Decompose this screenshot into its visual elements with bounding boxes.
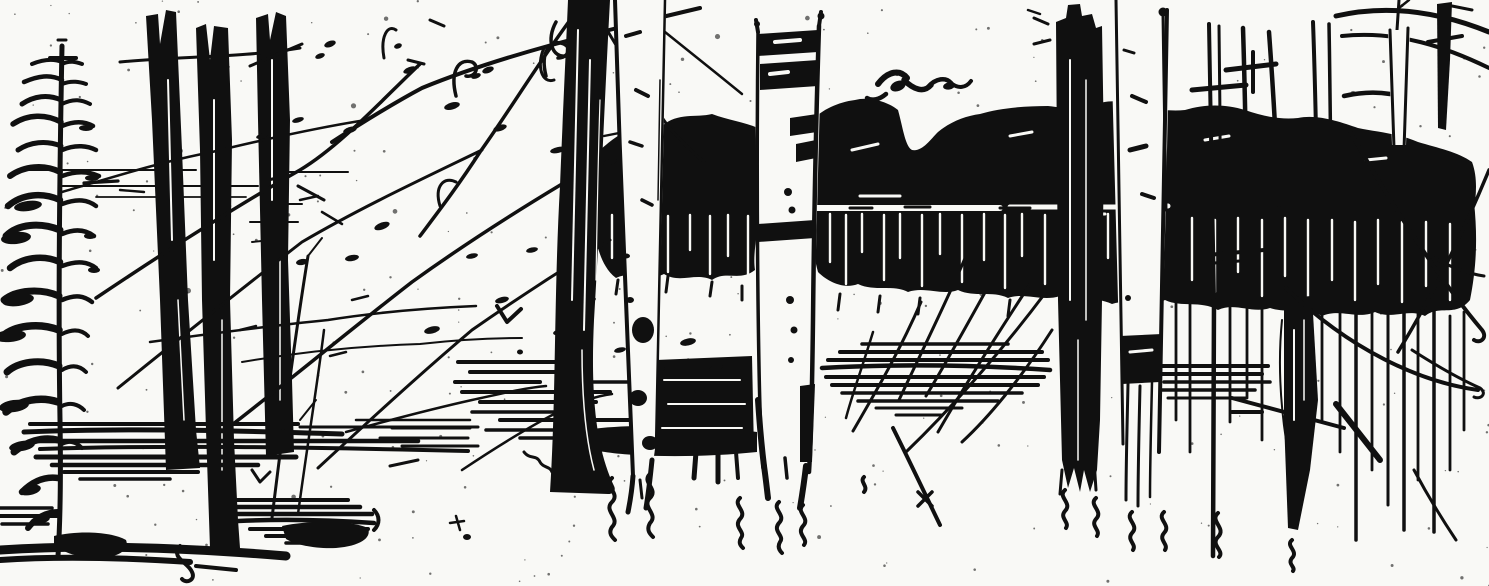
speckle-dot bbox=[715, 34, 720, 39]
speckle-dot bbox=[464, 486, 467, 489]
speckle-dot bbox=[724, 479, 726, 481]
speckle-dot bbox=[805, 16, 810, 21]
speckle-dot bbox=[729, 334, 731, 336]
cluster-tufts-stroke bbox=[1060, 470, 1062, 494]
speckle-dot bbox=[1264, 59, 1265, 60]
speckle-dot bbox=[1317, 523, 1318, 524]
speckle-dot bbox=[304, 175, 306, 177]
speckle-dot bbox=[69, 13, 70, 14]
spruce-needle-clumps-stroke bbox=[84, 233, 96, 239]
speckle-dot bbox=[233, 233, 235, 235]
speckle-dot bbox=[998, 444, 1001, 447]
white-birch-blotches-stroke bbox=[632, 317, 654, 343]
speckle-dot bbox=[163, 484, 165, 486]
white-birch-blotches-stroke bbox=[517, 350, 523, 355]
speckle-dot bbox=[393, 209, 398, 214]
speckle-dot bbox=[126, 495, 129, 498]
ladder-birch-rungs-stroke bbox=[758, 30, 818, 56]
speckle-dot bbox=[853, 294, 855, 296]
speckle-dot bbox=[330, 486, 332, 488]
speckle-dot bbox=[240, 80, 242, 82]
speckle-dot bbox=[458, 309, 460, 311]
speckle-dot bbox=[1035, 80, 1037, 82]
speckle-dot bbox=[617, 455, 619, 457]
speckle-dot bbox=[1486, 547, 1487, 548]
speckle-dot bbox=[1106, 580, 1109, 583]
speckle-dot bbox=[1201, 523, 1202, 524]
speckle-dot bbox=[1022, 401, 1025, 404]
speckle-dot bbox=[1486, 431, 1488, 433]
speckle-dot bbox=[547, 573, 550, 576]
speckle-dot bbox=[113, 484, 116, 487]
speckle-dot bbox=[1428, 527, 1431, 530]
speckle-dot bbox=[67, 162, 69, 164]
speckle-dot bbox=[466, 212, 468, 214]
speckle-dot bbox=[448, 231, 449, 232]
speckle-dot bbox=[449, 393, 451, 395]
speckle-dot bbox=[561, 555, 563, 557]
speckle-dot bbox=[957, 92, 960, 95]
fringe-drip-tips-stroke bbox=[878, 296, 880, 312]
speckle-dot bbox=[837, 318, 838, 319]
spruce-branches-stroke bbox=[62, 62, 82, 64]
white-birch-blotches-stroke bbox=[642, 436, 658, 450]
cluster-tufts-stroke bbox=[1094, 460, 1096, 490]
speckle-dot bbox=[362, 371, 365, 374]
speckle-dot bbox=[205, 544, 208, 547]
speckle-dot bbox=[1110, 475, 1112, 477]
speckle-dot bbox=[882, 470, 883, 471]
speckle-dot bbox=[390, 390, 392, 392]
speckle-dot bbox=[146, 389, 148, 391]
speckle-dot bbox=[460, 386, 462, 388]
under-birch-slab bbox=[585, 426, 757, 456]
ladder-birch-rungs-stroke bbox=[786, 296, 794, 304]
speckle-dot bbox=[817, 535, 821, 539]
white-birch-base-roots-stroke bbox=[640, 480, 642, 498]
speckle-dot bbox=[135, 22, 137, 24]
speckle-dot bbox=[91, 363, 93, 365]
speckle-dot bbox=[624, 480, 626, 482]
speckle-dot bbox=[86, 411, 88, 413]
speckle-dot bbox=[353, 150, 355, 152]
speckle-dot bbox=[1170, 305, 1173, 308]
speckle-dot bbox=[534, 575, 536, 577]
speckle-dot bbox=[367, 33, 369, 35]
dark-trunk-cluster bbox=[1056, 4, 1104, 492]
right-poles-stroke bbox=[1397, 0, 1399, 30]
speckle-dot bbox=[749, 100, 751, 102]
speckle-dot bbox=[154, 524, 156, 526]
ladder-birch-base-stroke bbox=[764, 466, 768, 498]
speckle-dot bbox=[665, 336, 667, 338]
speckle-dot bbox=[574, 496, 576, 498]
speckle-dot bbox=[886, 562, 887, 563]
speckle-dot bbox=[874, 483, 876, 485]
speckle-dot bbox=[1382, 60, 1385, 63]
speckle-dot bbox=[1390, 349, 1392, 351]
speckle-dot bbox=[504, 398, 506, 400]
fringe-light-slits-stroke bbox=[1366, 158, 1386, 160]
speckle-dot bbox=[573, 525, 575, 527]
speckle-dot bbox=[1394, 393, 1395, 394]
right-birch-dark-patch bbox=[1120, 334, 1162, 384]
speckle-dot bbox=[389, 276, 391, 278]
speckle-dot bbox=[1449, 135, 1451, 137]
speckle-dot bbox=[344, 391, 347, 394]
speckle-dot bbox=[737, 293, 738, 294]
speckle-dot bbox=[50, 5, 51, 6]
speckle-dot bbox=[162, 0, 163, 1]
white-birch-blotches-stroke bbox=[622, 254, 630, 259]
speckle-dot bbox=[940, 394, 943, 397]
speckle-dot bbox=[319, 175, 321, 177]
right-birch-patch-slit bbox=[1130, 350, 1152, 352]
speckle-dot bbox=[881, 9, 883, 11]
speckle-dot bbox=[829, 88, 830, 89]
right-poles-stroke bbox=[1329, 24, 1331, 172]
speckle-dot bbox=[730, 276, 732, 278]
speckle-dot bbox=[87, 161, 89, 163]
speckle-dot bbox=[317, 200, 319, 202]
speckle-dot bbox=[496, 36, 499, 39]
speckle-dot bbox=[987, 27, 990, 30]
speckle-dot bbox=[14, 13, 16, 15]
speckle-dot bbox=[1111, 397, 1112, 398]
speckle-dot bbox=[681, 58, 684, 61]
speckle-dot bbox=[1, 269, 4, 272]
speckle-dot bbox=[351, 103, 356, 108]
right-birch-knot bbox=[1125, 295, 1131, 301]
speckle-dot bbox=[182, 490, 185, 493]
spruce-needle-clumps-stroke bbox=[88, 267, 100, 273]
white-birch-blotches-stroke bbox=[626, 297, 634, 303]
speckle-dot bbox=[939, 354, 941, 356]
speckle-dot bbox=[153, 250, 154, 251]
spruce-needle-clumps-stroke bbox=[85, 175, 99, 181]
speckle-dot bbox=[50, 44, 52, 46]
ladder-birch-rungs-stroke bbox=[783, 227, 789, 233]
speckle-dot bbox=[1317, 380, 1319, 382]
fringe-drip-tips-stroke bbox=[838, 294, 840, 310]
speckle-dot bbox=[545, 236, 547, 238]
speckle-dot bbox=[1350, 29, 1352, 31]
ink-sketch-image: Birches at the water's edge Black pen-an… bbox=[0, 0, 1489, 586]
speckle-dot bbox=[825, 417, 826, 418]
speckle-dot bbox=[127, 69, 130, 72]
speckle-dot bbox=[363, 289, 365, 291]
speckle-dot bbox=[1337, 484, 1340, 487]
speckle-dot bbox=[33, 104, 34, 105]
speckle-dot bbox=[1337, 526, 1338, 527]
speckle-dot bbox=[1208, 525, 1210, 527]
speckle-dot bbox=[973, 568, 976, 571]
speckle-dot bbox=[133, 209, 135, 211]
speckle-dot bbox=[519, 580, 521, 582]
speckle-dot bbox=[360, 577, 361, 578]
speckle-dot bbox=[1239, 415, 1240, 416]
white-birch-blotches-stroke bbox=[463, 534, 471, 540]
speckle-dot bbox=[412, 510, 415, 513]
speckle-dot bbox=[568, 541, 570, 543]
speckle-dot bbox=[417, 289, 418, 290]
speckle-dot bbox=[613, 72, 615, 74]
speckle-dot bbox=[1033, 57, 1034, 58]
speckle-dot bbox=[524, 559, 525, 560]
speckle-dot bbox=[139, 310, 141, 312]
speckle-dot bbox=[678, 91, 680, 93]
ladder-birch-rungs-stroke bbox=[754, 21, 760, 27]
speckle-dot bbox=[883, 564, 886, 567]
speckle-dot bbox=[458, 298, 460, 300]
speckle-dot bbox=[613, 355, 616, 358]
speckle-dot bbox=[491, 231, 493, 233]
white-birch-base-roots-stroke bbox=[736, 452, 738, 478]
speckle-dot bbox=[669, 83, 671, 85]
speckle-dot bbox=[426, 460, 427, 461]
speckle-dot bbox=[1027, 445, 1028, 446]
speckle-dot bbox=[145, 554, 147, 556]
speckle-dot bbox=[1419, 125, 1421, 127]
speckle-dot bbox=[212, 579, 214, 581]
speckle-dot bbox=[1460, 576, 1463, 579]
ladder-birch-rungs-stroke bbox=[818, 13, 825, 20]
white-birch-base-roots-stroke bbox=[694, 452, 696, 478]
speckle-dot bbox=[1033, 528, 1035, 530]
speckle-dot bbox=[79, 96, 81, 98]
speckle-dot bbox=[356, 180, 357, 181]
fringe-drip-tips-stroke bbox=[710, 282, 712, 296]
ladder-rung-notches-stroke bbox=[770, 72, 788, 74]
speckle-dot bbox=[458, 322, 459, 323]
speckle-dot bbox=[793, 502, 794, 503]
speckle-dot bbox=[378, 538, 381, 541]
ladder-rung-notches-stroke bbox=[775, 40, 800, 42]
speckle-dot bbox=[448, 356, 450, 358]
ladder-birch-rungs-stroke bbox=[791, 327, 798, 334]
speckle-dot bbox=[814, 449, 815, 450]
speckle-dot bbox=[923, 418, 924, 419]
speckle-dot bbox=[1237, 80, 1239, 82]
speckle-dot bbox=[146, 180, 148, 182]
speckle-dot bbox=[383, 150, 386, 153]
speckle-dot bbox=[197, 1, 199, 3]
fringe-drip-tips-stroke bbox=[666, 276, 668, 292]
pole-bulb-top bbox=[1159, 8, 1168, 17]
speckle-dot bbox=[872, 464, 875, 467]
speckle-dot bbox=[1383, 403, 1385, 405]
ladder-birch-rungs-stroke bbox=[788, 357, 794, 363]
speckle-dot bbox=[925, 305, 927, 307]
speckle-dot bbox=[695, 508, 698, 511]
speckle-dot bbox=[485, 41, 487, 43]
spruce-branches-stroke bbox=[62, 82, 86, 84]
speckle-dot bbox=[830, 505, 832, 507]
speckle-dot bbox=[975, 28, 977, 30]
speckle-dot bbox=[1445, 470, 1446, 471]
speckle-dot bbox=[384, 16, 388, 20]
speckle-dot bbox=[196, 519, 197, 520]
ladder-birch-rungs-stroke bbox=[789, 207, 796, 214]
speckle-dot bbox=[977, 104, 980, 107]
sketch-canvas: Birches at the water's edge Black pen-an… bbox=[0, 0, 1489, 586]
speckle-dot bbox=[699, 526, 701, 528]
ladder-birch-base-stroke bbox=[785, 458, 787, 478]
speckle-dot bbox=[1150, 503, 1151, 504]
speckle-dot bbox=[473, 455, 475, 457]
speckle-dot bbox=[1220, 434, 1222, 436]
speckle-dot bbox=[533, 62, 535, 64]
speckle-dot bbox=[1274, 449, 1275, 450]
speckle-dot bbox=[177, 10, 180, 13]
speckle-dot bbox=[1457, 471, 1459, 473]
speckle-dot bbox=[689, 332, 691, 334]
speckle-dot bbox=[89, 250, 92, 253]
white-birch-blotches-stroke bbox=[629, 390, 647, 406]
speckle-dot bbox=[5, 375, 8, 378]
speckle-dot bbox=[429, 573, 431, 575]
speckle-dot bbox=[867, 32, 869, 34]
speckle-dot bbox=[613, 322, 615, 324]
speckle-dot bbox=[417, 0, 419, 2]
speckle-dot bbox=[1478, 75, 1481, 78]
speckle-dot bbox=[1391, 564, 1394, 567]
fringe-drip-tips-stroke bbox=[616, 280, 618, 294]
speckle-dot bbox=[412, 537, 414, 539]
speckle-dot bbox=[1483, 47, 1485, 49]
speckle-dot bbox=[233, 337, 235, 339]
speckle-dot bbox=[823, 29, 825, 31]
speckle-dot bbox=[619, 288, 621, 290]
speckle-dot bbox=[491, 352, 493, 354]
spruce-needle-clumps-stroke bbox=[79, 125, 93, 131]
speckle-dot bbox=[1373, 106, 1375, 108]
speckle-dot bbox=[311, 22, 312, 23]
ladder-birch-rungs-stroke bbox=[784, 188, 792, 196]
